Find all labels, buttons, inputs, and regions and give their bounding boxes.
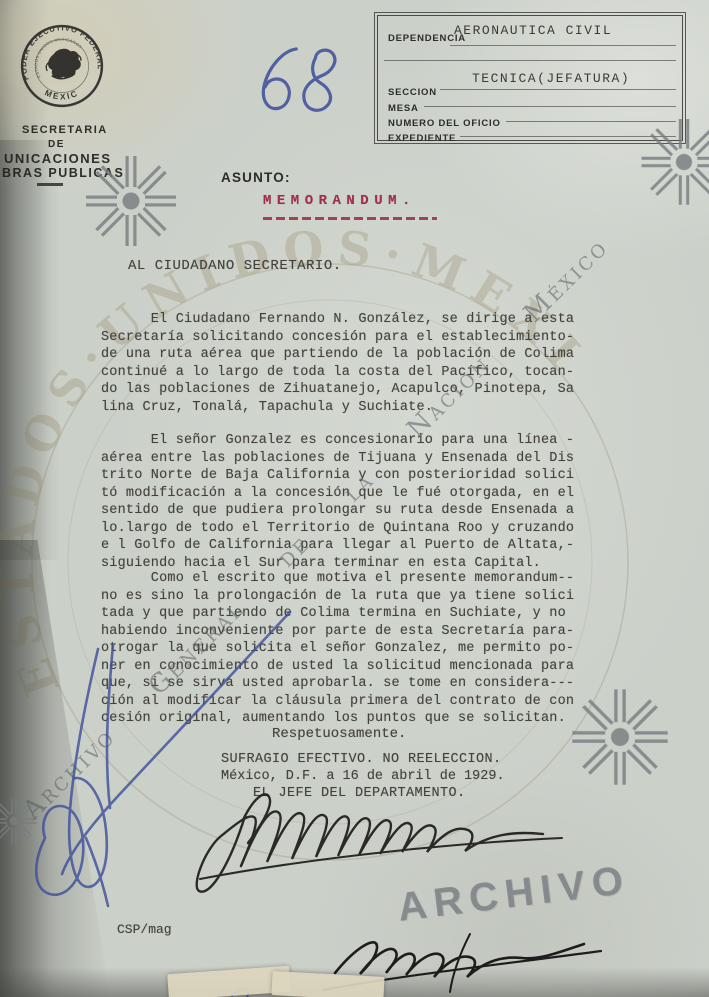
typist-initials: CSP/mag (117, 922, 172, 937)
salutation: AL CIUDADANO SECRETARIO. (128, 258, 342, 274)
dependencia-value: AERONAUTICA CIVIL (454, 23, 612, 38)
body-paragraph-2: El señor Gonzalez es concesionario para … (101, 432, 601, 572)
mesa-label: MESA (388, 103, 419, 114)
seccion-value: TECNICA(JEFATURA) (472, 71, 630, 86)
page-curl-shadow (0, 540, 110, 997)
header-form-box-inner: DEPENDENCIA AERONAUTICA CIVIL SECCION TE… (377, 15, 683, 141)
closing-respetuosamente: Respetuosamente. (272, 726, 406, 742)
archivo-stamp: ARCHIVO (395, 858, 632, 931)
signer-title: EL JEFE DEL DEPARTAMENTO. (253, 786, 466, 801)
memo-title-dashed-underline (263, 217, 437, 220)
seccion-label: SECCION (388, 87, 437, 98)
letterhead-obras-publicas: BRAS PUBLICAS (2, 166, 124, 180)
numero-oficio-label: NUMERO DEL OFICIO (388, 118, 501, 129)
asunto-label: ASUNTO: (221, 170, 291, 185)
numero-oficio-underline (506, 121, 676, 122)
expediente-label: EXPEDIENTE (388, 133, 456, 144)
blank-underline (384, 60, 676, 61)
letterhead-de: DE (48, 139, 65, 150)
mesa-underline (424, 106, 676, 107)
letterhead-secretaria: SECRETARIA (22, 124, 108, 136)
letterhead-divider (37, 183, 63, 186)
seccion-underline (440, 89, 676, 90)
date-line: México, D.F. a 16 de abril de 1929. (221, 769, 505, 784)
snowflake-icon (0, 799, 37, 844)
body-paragraph-3: Como el escrito que motiva el presente m… (101, 570, 601, 728)
expediente-underline (460, 136, 676, 137)
body-paragraph-1: El Ciudadano Fernando N. González, se di… (101, 311, 601, 416)
repair-tape (271, 971, 384, 997)
handwritten-folio-68 (262, 44, 336, 114)
scanned-memorandum-page: ESTADOS·UNIDOS·MEXICANOS Archivo General… (0, 0, 709, 997)
government-seal-stamp: PODER EJECUTIVO FEDERAL MEXICO ESTADOS·U… (5, 9, 119, 123)
dependencia-underline (450, 45, 676, 46)
page-edge-shadow (0, 140, 60, 560)
letterhead-comunicaciones: UNICACIONES (4, 151, 112, 166)
header-form-box: DEPENDENCIA AERONAUTICA CIVIL SECCION TE… (374, 12, 686, 144)
eagle-icon (45, 48, 82, 80)
memo-title: MEMORANDUM. (263, 193, 416, 209)
sufragio-line: SUFRAGIO EFECTIVO. NO REELECCION. (221, 752, 502, 767)
